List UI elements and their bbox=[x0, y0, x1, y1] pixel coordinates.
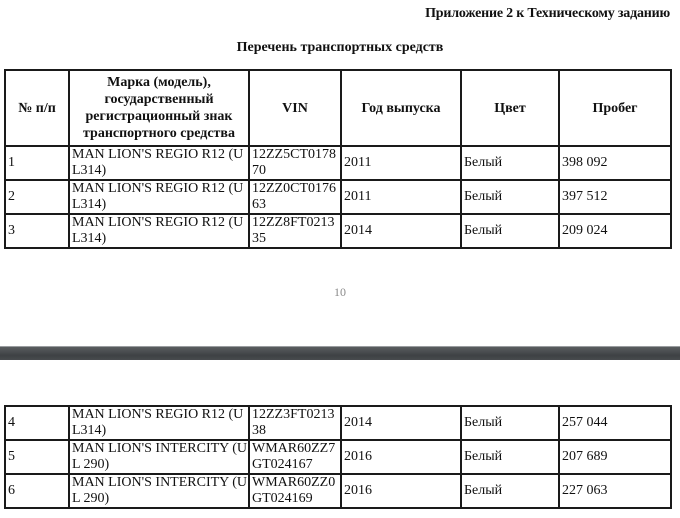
cell-mileage: 398 092 bbox=[559, 146, 671, 180]
page-separator bbox=[0, 346, 680, 361]
cell-vin: WMAR60ZZ0GT024169 bbox=[249, 474, 341, 508]
cell-num: 3 bbox=[5, 214, 69, 248]
header-color: Цвет bbox=[461, 70, 559, 146]
cell-year: 2014 bbox=[341, 406, 461, 440]
document-title: Перечень транспортных средств bbox=[0, 40, 680, 56]
cell-mileage: 207 689 bbox=[559, 440, 671, 474]
cell-num: 6 bbox=[5, 474, 69, 508]
cell-model: MAN LION'S REGIO R12 (UL314) bbox=[69, 406, 249, 440]
cell-color: Белый bbox=[461, 474, 559, 508]
header-mileage: Пробег bbox=[559, 70, 671, 146]
cell-model: MAN LION'S INTERCITY (UL 290) bbox=[69, 474, 249, 508]
cell-num: 4 bbox=[5, 406, 69, 440]
cell-num: 1 bbox=[5, 146, 69, 180]
vehicle-table-page-1: № п/п Марка (модель), государственный ре… bbox=[4, 69, 672, 249]
table-row: 3 MAN LION'S REGIO R12 (UL314) 12ZZ8FT02… bbox=[5, 214, 671, 248]
cell-vin: 12ZZ8FT021335 bbox=[249, 214, 341, 248]
cell-model: MAN LION'S INTERCITY (UL 290) bbox=[69, 440, 249, 474]
cell-year: 2011 bbox=[341, 146, 461, 180]
document-page-1: Приложение 2 к Техническому заданию Пере… bbox=[0, 0, 680, 346]
cell-color: Белый bbox=[461, 214, 559, 248]
cell-year: 2011 bbox=[341, 180, 461, 214]
appendix-label: Приложение 2 к Техническому заданию bbox=[425, 6, 670, 22]
cell-color: Белый bbox=[461, 180, 559, 214]
cell-color: Белый bbox=[461, 406, 559, 440]
cell-num: 2 bbox=[5, 180, 69, 214]
page-number: 10 bbox=[0, 285, 680, 300]
cell-mileage: 257 044 bbox=[559, 406, 671, 440]
table-row: 1 MAN LION'S REGIO R12 (UL314) 12ZZ5CT01… bbox=[5, 146, 671, 180]
header-year: Год выпуска bbox=[341, 70, 461, 146]
cell-year: 2016 bbox=[341, 474, 461, 508]
cell-vin: 12ZZ0CT017663 bbox=[249, 180, 341, 214]
table-row: 5 MAN LION'S INTERCITY (UL 290) WMAR60ZZ… bbox=[5, 440, 671, 474]
vehicle-table-page-2: 4 MAN LION'S REGIO R12 (UL314) 12ZZ3FT02… bbox=[4, 405, 672, 509]
cell-num: 5 bbox=[5, 440, 69, 474]
cell-vin: WMAR60ZZ7GT024167 bbox=[249, 440, 341, 474]
header-vin: VIN bbox=[249, 70, 341, 146]
cell-year: 2014 bbox=[341, 214, 461, 248]
cell-year: 2016 bbox=[341, 440, 461, 474]
table-row: 2 MAN LION'S REGIO R12 (UL314) 12ZZ0CT01… bbox=[5, 180, 671, 214]
cell-model: MAN LION'S REGIO R12 (UL314) bbox=[69, 180, 249, 214]
cell-mileage: 209 024 bbox=[559, 214, 671, 248]
table-row: 6 MAN LION'S INTERCITY (UL 290) WMAR60ZZ… bbox=[5, 474, 671, 508]
cell-model: MAN LION'S REGIO R12 (UL314) bbox=[69, 146, 249, 180]
cell-vin: 12ZZ5CT017870 bbox=[249, 146, 341, 180]
cell-color: Белый bbox=[461, 146, 559, 180]
cell-model: MAN LION'S REGIO R12 (UL314) bbox=[69, 214, 249, 248]
cell-vin: 12ZZ3FT021338 bbox=[249, 406, 341, 440]
cell-color: Белый bbox=[461, 440, 559, 474]
cell-mileage: 397 512 bbox=[559, 180, 671, 214]
cell-mileage: 227 063 bbox=[559, 474, 671, 508]
table-row: 4 MAN LION'S REGIO R12 (UL314) 12ZZ3FT02… bbox=[5, 406, 671, 440]
header-model: Марка (модель), государственный регистра… bbox=[69, 70, 249, 146]
table-header-row: № п/п Марка (модель), государственный ре… bbox=[5, 70, 671, 146]
header-num: № п/п bbox=[5, 70, 69, 146]
